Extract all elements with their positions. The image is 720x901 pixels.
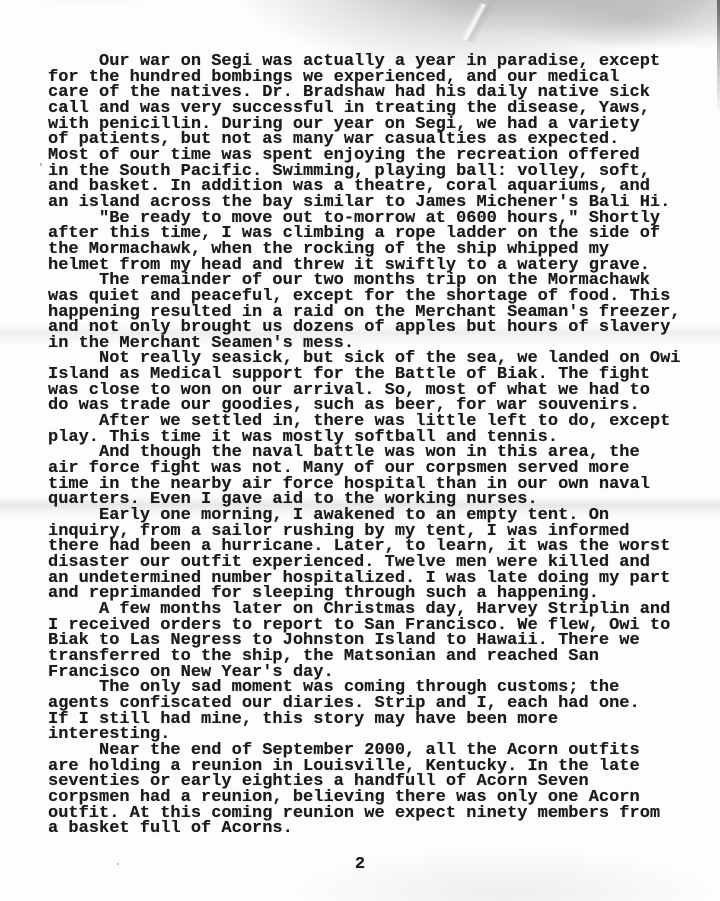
- paper-crease-artifact: [447, 0, 503, 48]
- page-number: 2: [0, 855, 720, 874]
- document-text: Our war on Segi was actually a year in p…: [48, 54, 681, 837]
- scan-speck: [40, 163, 42, 166]
- scanned-document-page: Our war on Segi was actually a year in p…: [0, 0, 720, 901]
